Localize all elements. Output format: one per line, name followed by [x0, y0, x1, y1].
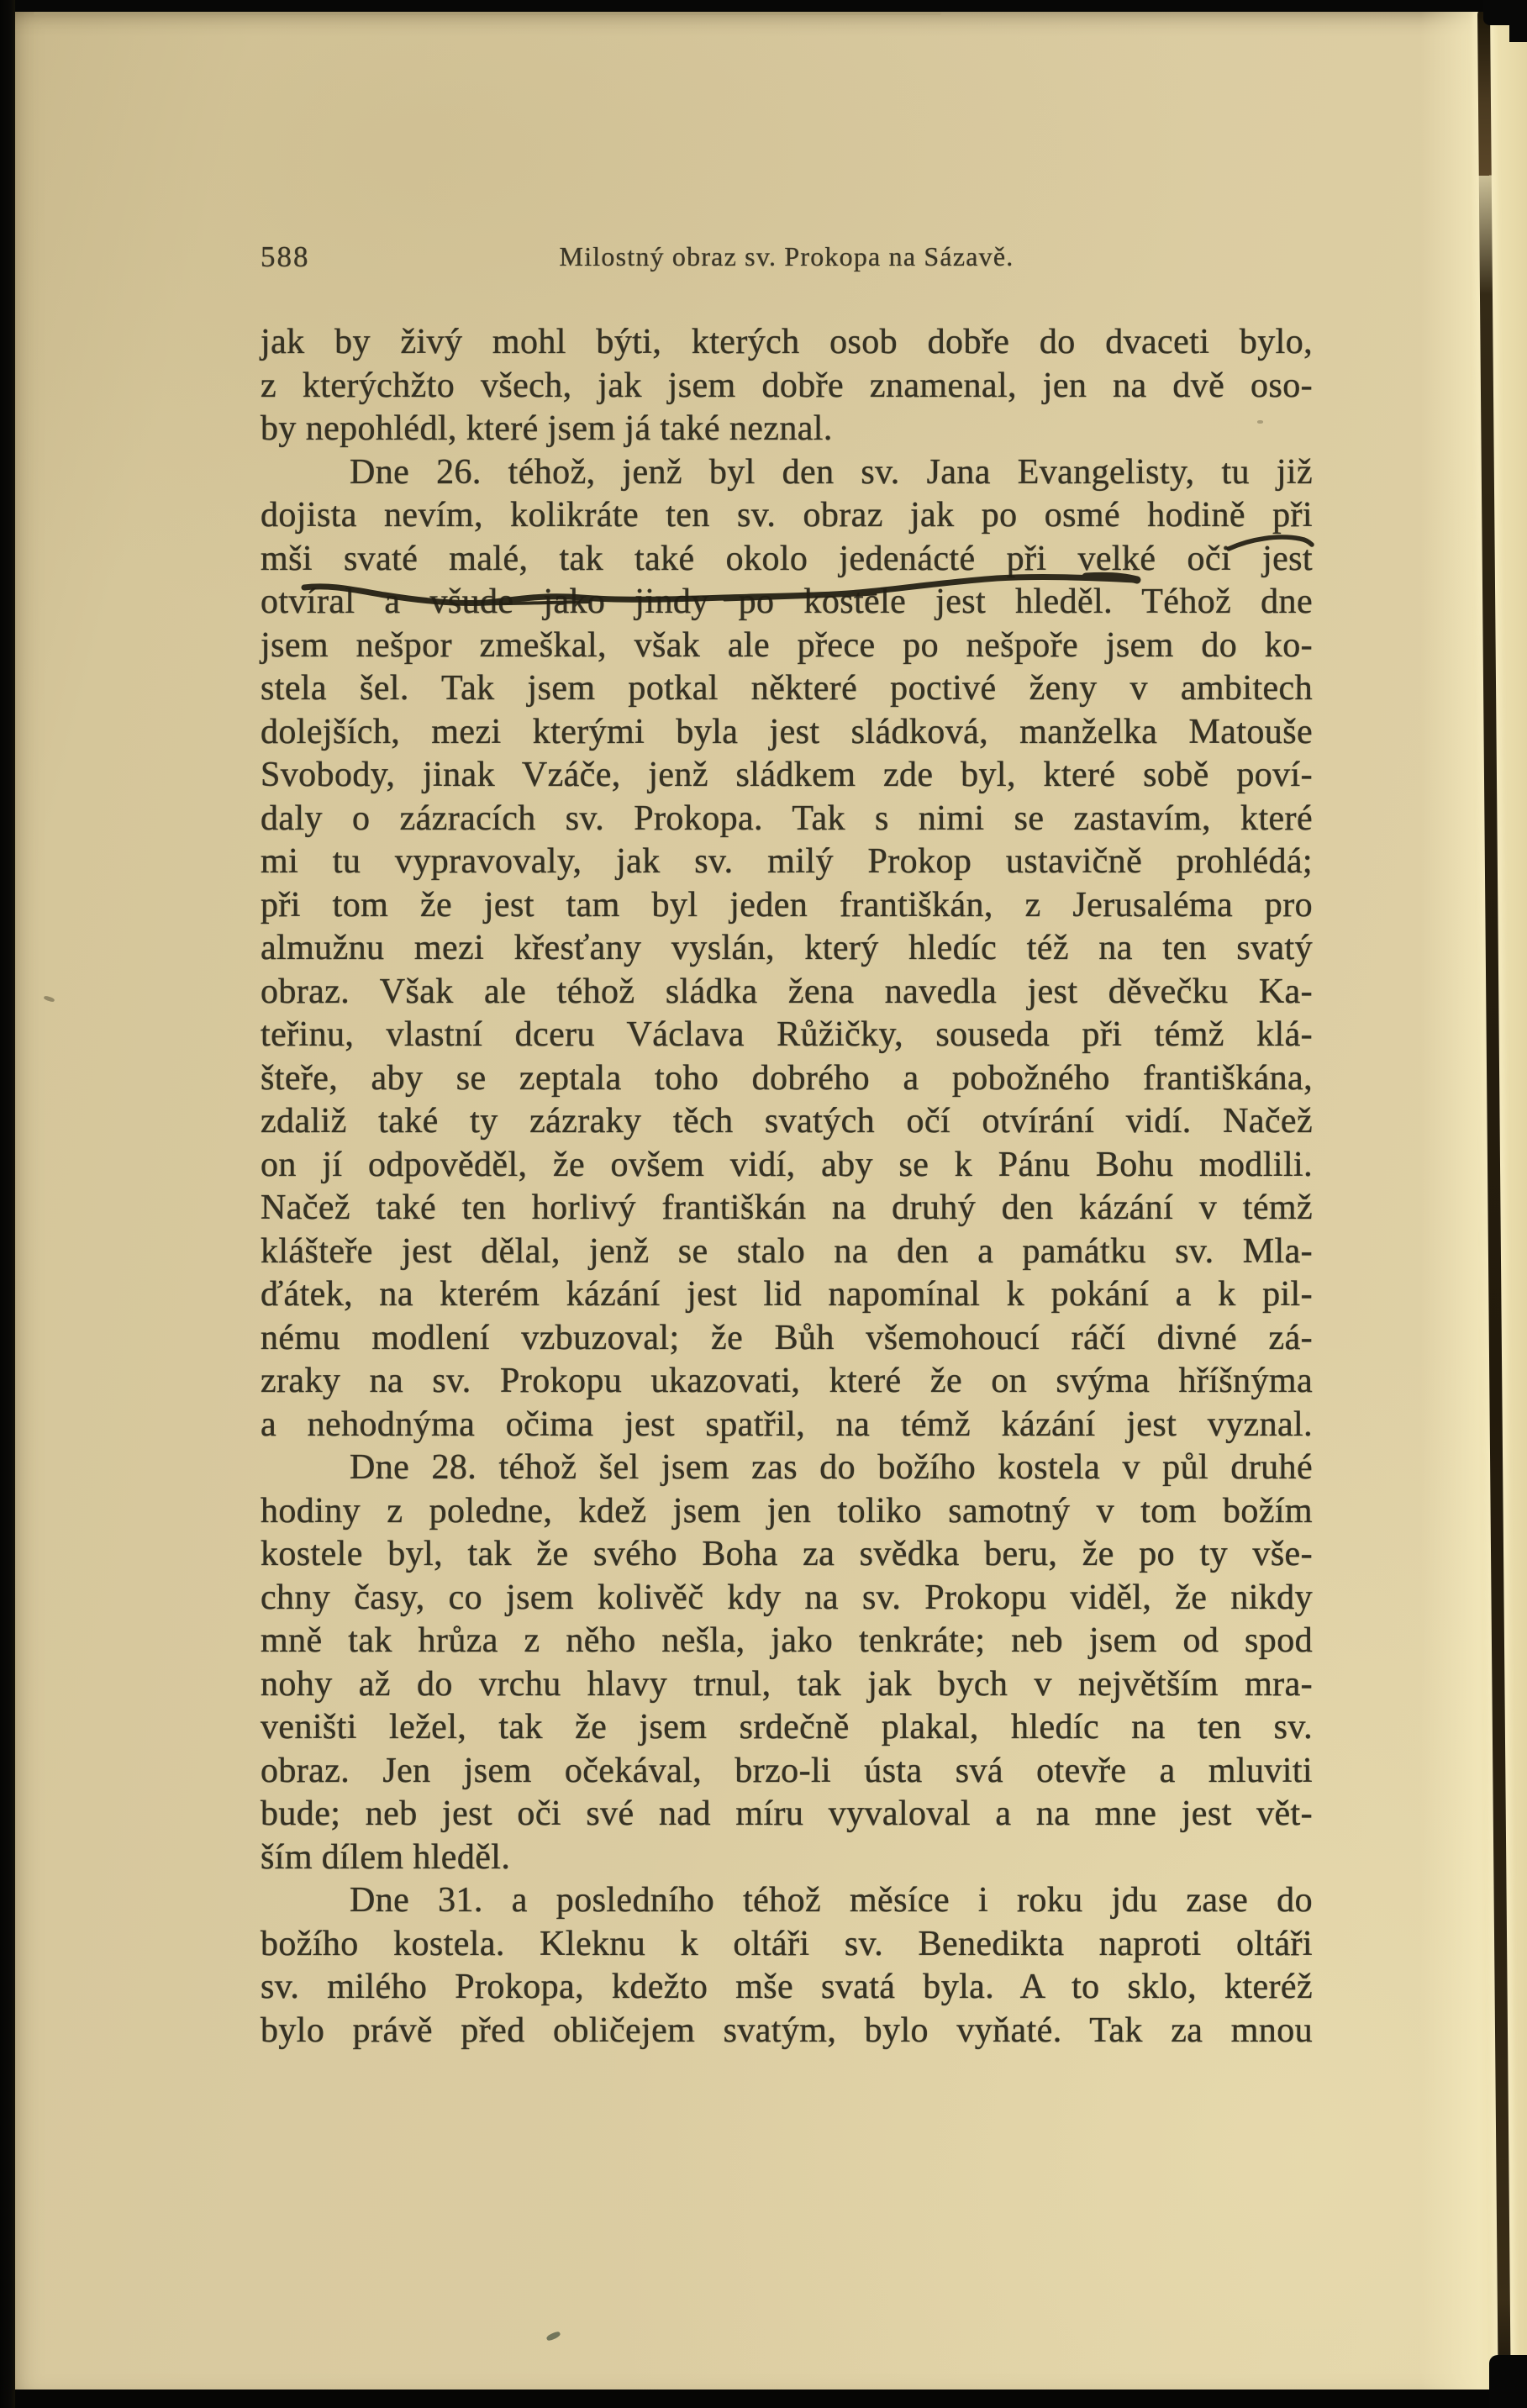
- running-header-title: Milostný obraz sv. Prokopa na Sázavě.: [261, 241, 1313, 272]
- text-line: stela šel. Tak jsem potkal některé pocti…: [261, 667, 1313, 711]
- scanned-book-page: { "page": { "number": "588", "running_he…: [0, 0, 1527, 2408]
- text-line: obraz. Však ale téhož sládka žena navedl…: [261, 971, 1313, 1014]
- text-line: šteře, aby se zeptala toho dobrého a pob…: [261, 1057, 1313, 1101]
- scan-border-top: [0, 0, 1527, 12]
- text-line: při tom že jest tam byl jeden františkán…: [261, 884, 1313, 928]
- text-line: Dne 26. téhož, jenž byl den sv. Jana Eva…: [261, 451, 1313, 495]
- text-line: sv. milého Prokopa, kdežto mše svatá byl…: [261, 1966, 1313, 2010]
- text-line: jak by živý mohl býti, kterých osob dobř…: [261, 321, 1313, 365]
- text-line: Dne 31. a posledního téhož měsíce i roku…: [261, 1879, 1313, 1923]
- text-line: chny časy, co jsem kolivěč kdy na sv. Pr…: [261, 1577, 1313, 1620]
- text-line: teřinu, vlastní dceru Václava Růžičky, s…: [261, 1014, 1313, 1057]
- text-line: mši svaté malé, tak také okolo jedenácté…: [261, 538, 1313, 582]
- text-line: ďátek, na kterém kázání jest lid napomín…: [261, 1273, 1313, 1317]
- scan-border-bottom: [0, 2390, 1527, 2408]
- text-line: zraky na sv. Prokopu ukazovati, které že…: [261, 1360, 1313, 1404]
- page-top-edge-shadow: [34, 12, 941, 15]
- gutter-highlight: [1420, 0, 1527, 2408]
- text-line: nému modlení vzbuzoval; že Bůh všemohouc…: [261, 1317, 1313, 1361]
- text-line: božího kostela. Kleknu k oltáři sv. Bene…: [261, 1923, 1313, 1967]
- text-line: bude; neb jest oči své nad míru vyvalova…: [261, 1793, 1313, 1836]
- text-line: bylo právě před obličejem svatým, bylo v…: [261, 2010, 1313, 2053]
- text-line: Načež také ten horlivý františkán na dru…: [261, 1187, 1313, 1230]
- text-line: mně tak hrůza z něho nešla, jako tenkrát…: [261, 1620, 1313, 1663]
- text-line: obraz. Jen jsem očekával, brzo-li ústa s…: [261, 1750, 1313, 1794]
- dust-speck: [1257, 420, 1263, 424]
- scan-corner-top-right-notch: [1509, 0, 1527, 42]
- text-line: ším dílem hleděl.: [261, 1836, 1313, 1880]
- text-line: jsem nešpor zmeškal, však ale přece po n…: [261, 624, 1313, 668]
- text-line: daly o zázracích sv. Prokopa. Tak s nimi…: [261, 798, 1313, 841]
- scan-corner-bottom-right: [1489, 2355, 1527, 2408]
- text-line: on jí odpověděl, že ovšem vidí, aby se k…: [261, 1144, 1313, 1188]
- page-header: 588 Milostný obraz sv. Prokopa na Sázavě…: [261, 240, 1313, 279]
- text-line: zdaliž také ty zázraky těch svatých očí …: [261, 1100, 1313, 1144]
- text-line: hodiny z poledne, kdež jsem jen toliko s…: [261, 1490, 1313, 1534]
- text-line: by nepohlédl, které jsem já také neznal.: [261, 408, 1313, 451]
- text-line: otvíral a všude jako jindy po kostele je…: [261, 581, 1313, 624]
- scan-border-left: [0, 0, 15, 2408]
- text-line: z kterýchžto všech, jak jsem dobře zname…: [261, 365, 1313, 408]
- text-line: almužnu mezi křesťany vyslán, který hled…: [261, 927, 1313, 971]
- text-line: nohy až do vrchu hlavy trnul, tak jak by…: [261, 1663, 1313, 1707]
- text-line: mi tu vypravovaly, jak sv. milý Prokop u…: [261, 840, 1313, 884]
- text-line: Dne 28. téhož šel jsem zas do božího kos…: [261, 1446, 1313, 1490]
- body-text: jak by živý mohl býti, kterých osob dobř…: [261, 321, 1313, 2052]
- text-line: kostele byl, tak že svého Boha za svědka…: [261, 1533, 1313, 1577]
- text-line: dolejších, mezi kterými byla jest sládko…: [261, 711, 1313, 755]
- text-line: dojista nevím, kolikráte ten sv. obraz j…: [261, 494, 1313, 538]
- text-line: klášteře jest dělal, jenž se stalo na de…: [261, 1230, 1313, 1274]
- text-line: a nehodnýma očima jest spatřil, na témž …: [261, 1404, 1313, 1447]
- text-line: veništi ležel, tak že jsem srdečně plaka…: [261, 1706, 1313, 1750]
- text-line: Svobody, jinak Vzáče, jenž sládkem zde b…: [261, 754, 1313, 798]
